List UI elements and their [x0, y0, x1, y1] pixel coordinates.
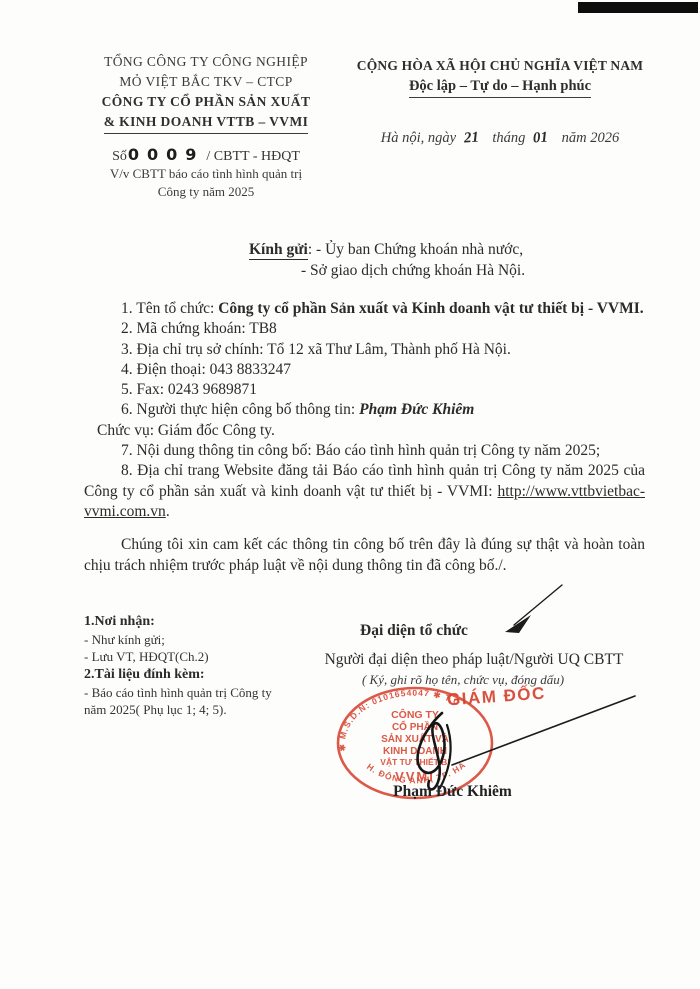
issuer-block: TỔNG CÔNG TY CÔNG NGHIỆP MỎ VIỆT BẮC TKV…: [70, 52, 342, 201]
issuer-line-1: TỔNG CÔNG TY CÔNG NGHIỆP: [70, 52, 342, 72]
issuer-line-4: & KINH DOANH VTTB – VVMI: [70, 112, 342, 134]
signature-scribble-2: [440, 725, 451, 788]
date-year: năm 2026: [562, 130, 620, 146]
pen-arrow-line: [514, 585, 562, 625]
discloser-name: Phạm Đức Khiêm: [359, 401, 474, 418]
handwritten-signature: [290, 575, 670, 815]
pen-arrow-head: [505, 615, 531, 633]
recipient-1: - Ủy ban Chứng khoán nhà nước,: [316, 241, 523, 258]
subject-line-1: V/v CBTT báo cáo tình hình quản trị: [70, 165, 342, 183]
attachment-line-1: - Báo cáo tình hình quản trị Công ty: [84, 684, 272, 701]
attachment-line-2: năm 2025( Phụ lục 1; 4; 5).: [84, 701, 272, 718]
item6-label: 6. Người thực hiện công bố thông tin:: [121, 401, 359, 418]
date-line: Hà nội, ngày 21 tháng 01 năm 2026: [334, 130, 666, 147]
recipients-line-1: - Như kính gửi;: [84, 631, 272, 648]
salutation-line-1: Kính gửi: - Ủy ban Chứng khoán nhà nước,: [249, 239, 525, 260]
document-body: 1. Tên tổ chức: Công ty cổ phần Sản xuất…: [84, 299, 645, 576]
document-number-stamped: 0009: [128, 145, 205, 164]
body-item-3: 3. Địa chỉ trụ sở chính: Tổ 12 xã Thư Lâ…: [84, 340, 645, 360]
national-motto: Độc lập – Tự do – Hạnh phúc: [334, 78, 666, 98]
document-number-label: Số: [112, 149, 127, 164]
item1-company-name: Công ty cổ phần Sản xuất và Kinh doanh v…: [218, 300, 643, 317]
item8-period: .: [166, 503, 170, 520]
document-number-line: Số0009/ CBTT - HĐQT: [70, 145, 342, 165]
salutation-colon: :: [308, 241, 316, 258]
salutation-label: Kính gửi: [249, 241, 308, 260]
signature-scribble: [418, 713, 445, 789]
commitment-paragraph: Chúng tôi xin cam kết các thông tin công…: [84, 535, 645, 576]
signer-name: Phạm Đức Khiêm: [340, 783, 565, 801]
subject-line-2: Công ty năm 2025: [70, 183, 342, 201]
date-month-label: tháng: [492, 130, 525, 146]
issuer-line-2: MỎ VIỆT BẮC TKV – CTCP: [70, 72, 342, 92]
body-item-6-role: Chức vụ: Giám đốc Công ty.: [84, 421, 645, 441]
attachments-heading: 2.Tài liệu đính kèm:: [84, 665, 272, 684]
body-item-1: 1. Tên tổ chức: Công ty cổ phần Sản xuất…: [84, 299, 645, 319]
date-prefix: Hà nội, ngày: [381, 130, 456, 146]
body-item-8: 8. Địa chỉ trang Website đăng tải Báo cá…: [84, 461, 645, 522]
national-header-block: CỘNG HÒA XÃ HỘI CHỦ NGHĨA VIỆT NAM Độc l…: [334, 58, 666, 147]
recipients-line-2: - Lưu VT, HĐQT(Ch.2): [84, 648, 272, 665]
salutation-block: Kính gửi: - Ủy ban Chứng khoán nhà nước,…: [249, 239, 525, 281]
recipient-2: - Sở giao dịch chứng khoán Hà Nội.: [301, 260, 525, 281]
document-number-suffix: / CBTT - HĐQT: [206, 149, 299, 164]
footer-left-block: 1.Nơi nhận: - Như kính gửi; - Lưu VT, HĐ…: [84, 612, 272, 718]
body-item-5: 5. Fax: 0243 9689871: [84, 380, 645, 400]
document-page: TỔNG CÔNG TY CÔNG NGHIỆP MỎ VIỆT BẮC TKV…: [0, 0, 700, 989]
body-item-2: 2. Mã chứng khoán: TB8: [84, 319, 645, 339]
handwritten-month: 01: [532, 129, 548, 147]
issuer-line-3: CÔNG TY CỔ PHẦN SẢN XUẤT: [70, 92, 342, 112]
signature-flourish-line: [452, 696, 635, 765]
national-title: CỘNG HÒA XÃ HỘI CHỦ NGHĨA VIỆT NAM: [334, 58, 666, 74]
item1-label: 1. Tên tổ chức:: [121, 300, 218, 317]
body-item-7: 7. Nội dung thông tin công bố: Báo cáo t…: [84, 441, 645, 461]
redaction-bar: [578, 2, 698, 13]
body-item-6: 6. Người thực hiện công bố thông tin: Ph…: [84, 400, 645, 420]
body-item-4: 4. Điện thoại: 043 8833247: [84, 360, 645, 380]
handwritten-day: 21: [463, 129, 479, 147]
recipients-heading: 1.Nơi nhận:: [84, 612, 272, 631]
